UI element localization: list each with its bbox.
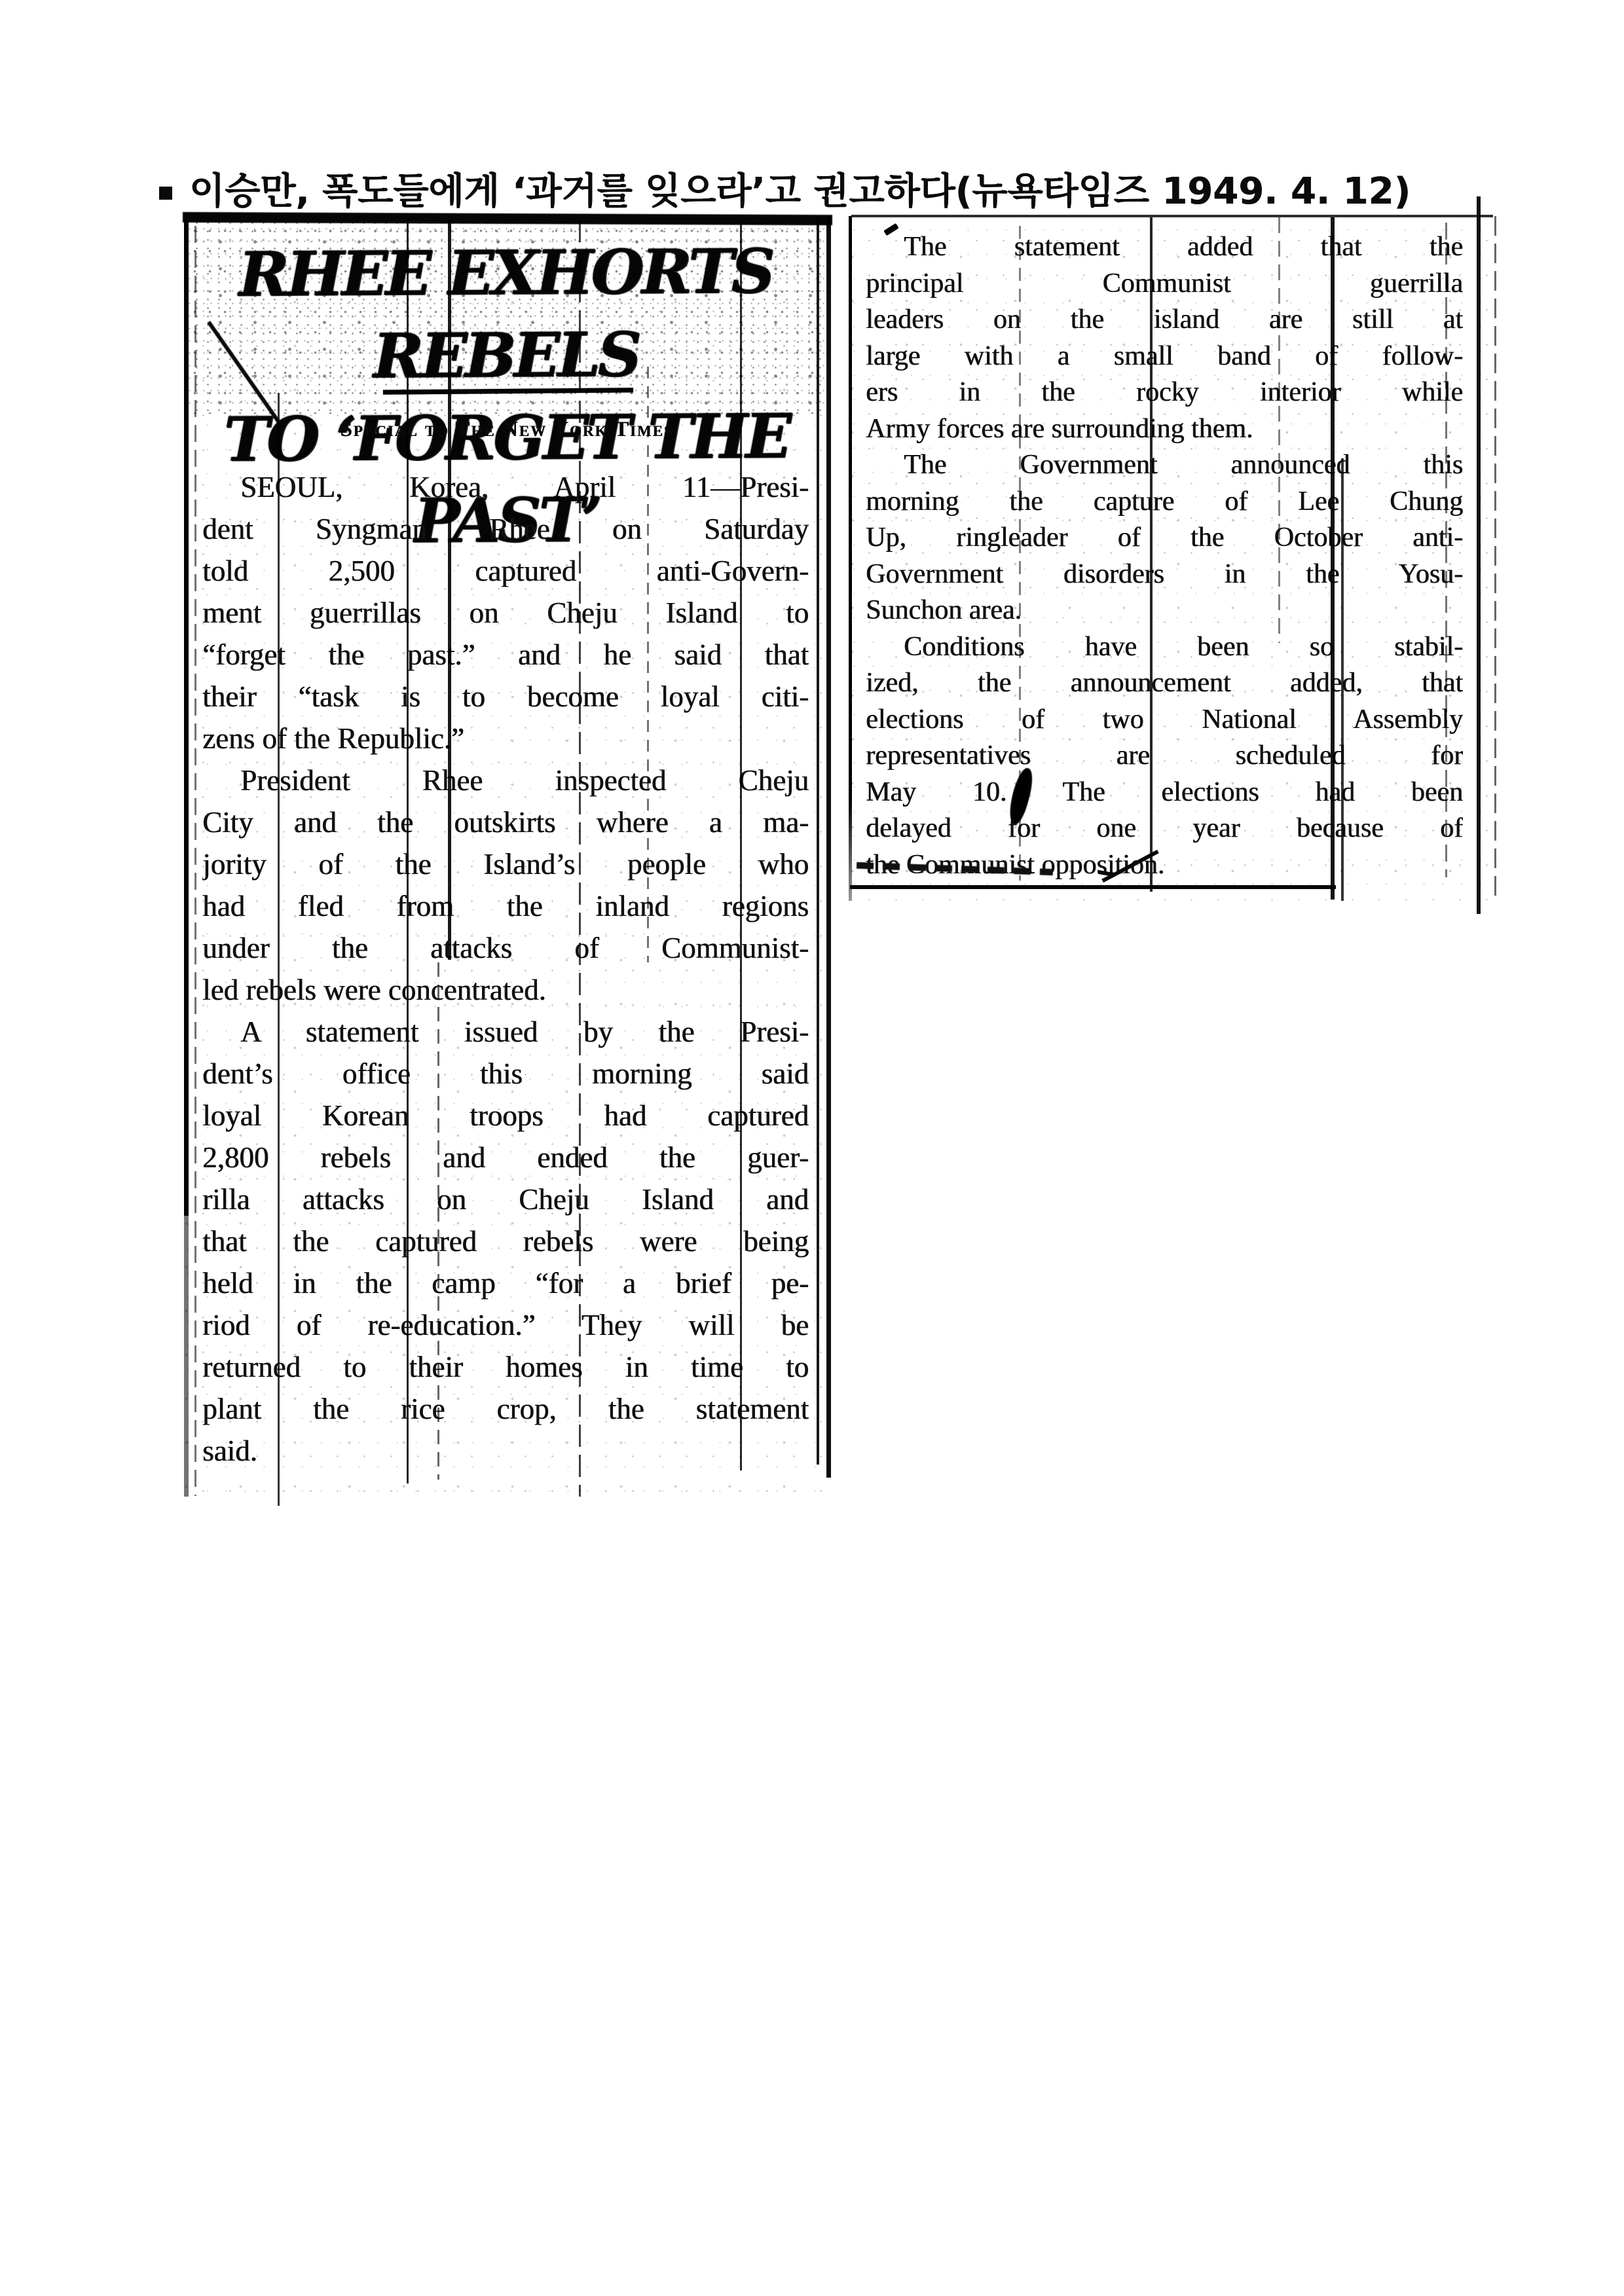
text-line: A statement issued by the Presi- [202,1011,809,1053]
text-line: Conditions have been so stabil- [866,629,1463,666]
text-line: Government disorders in the Yosu- [866,556,1463,593]
text-line: morning the capture of Lee Chung [866,484,1463,520]
clipping-right-column: The statement added that theprincipal Co… [851,216,1496,900]
text-line: Sunchon area. [866,592,1463,629]
text-line: ized, the announcement added, that [866,665,1463,702]
text-line: “forget the past.” and he said that [202,634,809,676]
text-line: under the attacks of Communist- [202,927,809,969]
text-line: riod of re-education.” They will be [202,1304,809,1346]
clipping-left-edge [184,220,189,1497]
scanned-newspaper-page: { "paper_color": "#ffffff", "ink_color":… [0,0,1624,2296]
text-line: SEOUL, Korea, April 11—Presi- [202,466,809,508]
text-line: City and the outskirts where a ma- [202,801,809,843]
text-line: The statement added that the [866,229,1463,266]
text-line: delayed for one year because of [866,811,1463,847]
right-column-body: The statement added that theprincipal Co… [866,229,1463,883]
text-line: The Government announced this [866,447,1463,484]
clipping-left-column: RHEE EXHORTS REBELS TO ‘FORGET THE PAST’… [185,217,828,1499]
text-line: leaders on the island are still at [866,302,1463,338]
text-line: representatives are scheduled for [866,738,1463,774]
text-line: ers in the rocky interior while [866,374,1463,411]
text-line: principal Communist guerrilla [866,266,1463,302]
text-line: jority of the Island’s people who [202,843,809,885]
text-line: held in the camp “for a brief pe- [202,1262,809,1304]
text-line: plant the rice crop, the statement [202,1388,809,1430]
caption-text: 이승만, 폭도들에게 ‘과거를 잊으라’고 권고하다(뉴욕타임즈 1949. 4… [189,162,1411,215]
text-line: led rebels were concentrated. [202,969,809,1011]
text-line: elections of two National Assembly [866,702,1463,738]
bullet-square-icon [159,187,172,200]
text-line: had fled from the inland regions [202,885,809,927]
left-column-body: SEOUL, Korea, April 11—Presi-dent Syngma… [202,466,809,1472]
text-line: loyal Korean troops had captured [202,1095,809,1137]
text-line: rilla attacks on Cheju Island and [202,1178,809,1220]
text-line: Army forces are surrounding them. [866,411,1463,448]
clipping-top-edge [183,212,832,225]
text-line: that the captured rebels were being [202,1220,809,1262]
text-line: ment guerrillas on Cheju Island to [202,592,809,634]
byline: Special to The New York Times [185,418,828,442]
text-line: zens of the Republic.” [202,718,809,759]
text-line: said. [202,1430,809,1472]
text-line: large with a small band of follow- [866,338,1463,375]
headline-line-1: RHEE EXHORTS REBELS [188,230,823,399]
text-line: May 10. The elections had been [866,774,1463,811]
text-line: dent Syngman Rhee on Saturday [202,508,809,550]
text-line: Up, ringleader of the October anti- [866,520,1463,556]
clipping-top-edge [851,215,1493,217]
clipping-left-edge [849,216,852,901]
text-line: dent’s office this morning said [202,1053,809,1095]
text-line: told 2,500 captured anti-Govern- [202,550,809,592]
text-line: President Rhee inspected Cheju [202,759,809,801]
caption-row: 이승만, 폭도들에게 ‘과거를 잊으라’고 권고하다(뉴욕타임즈 1949. 4… [159,162,1411,215]
clipping-bottom-edge [850,885,1336,889]
text-line: returned to their homes in time to [202,1346,809,1388]
text-line: their “task is to become loyal citi- [202,676,809,718]
text-line: 2,800 rebels and ended the guer- [202,1137,809,1178]
